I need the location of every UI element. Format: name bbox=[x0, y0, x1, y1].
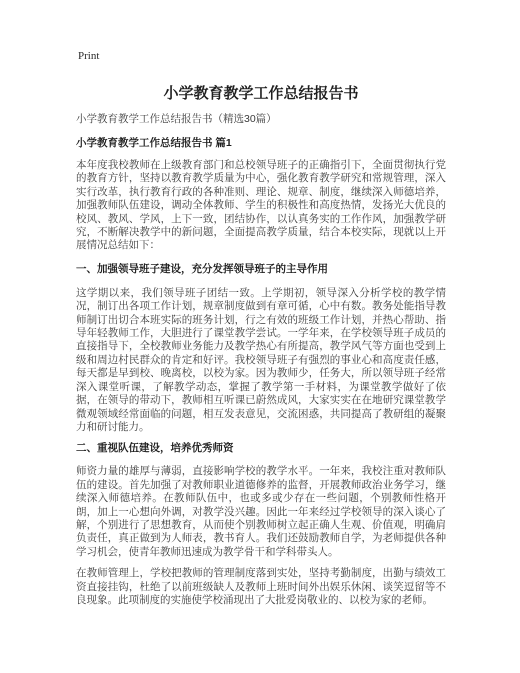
section-heading-1: 一、加强领导班子建设，充分发挥领导班子的主导作用 bbox=[76, 262, 446, 276]
document-subtitle: 小学教育教学工作总结报告书（精选30篇） bbox=[76, 112, 446, 126]
paragraph-section-1: 这学期以来，我们领导班子团结一致。上学期初，领导深入分析学校的教学情况，制订出各… bbox=[76, 287, 446, 434]
print-link[interactable]: Print bbox=[78, 50, 99, 62]
paragraph-intro: 本年度我校教师在上级教育部门和总校领导班子的正确指引下，全面贯彻执行党的教育方针… bbox=[76, 159, 446, 253]
section-heading-pian1: 小学教育教学工作总结报告书 篇1 bbox=[76, 136, 446, 150]
document-page: 小学教育教学工作总结报告书 小学教育教学工作总结报告书（精选30篇） 小学教育教… bbox=[76, 84, 446, 607]
section-heading-2: 二、重视队伍建设，培养优秀师资 bbox=[76, 441, 446, 455]
paragraph-section-2b: 在教师管理上，学校把教师的管理制度落到实处，坚持考勤制度，出勤与绩效工资直接挂钩… bbox=[76, 567, 446, 607]
paragraph-section-2a: 师资力量的雄厚与薄弱，直接影响学校的教学水平。一年来，我校注重对教师队伍的建设。… bbox=[76, 465, 446, 559]
document-title: 小学教育教学工作总结报告书 bbox=[76, 84, 446, 103]
